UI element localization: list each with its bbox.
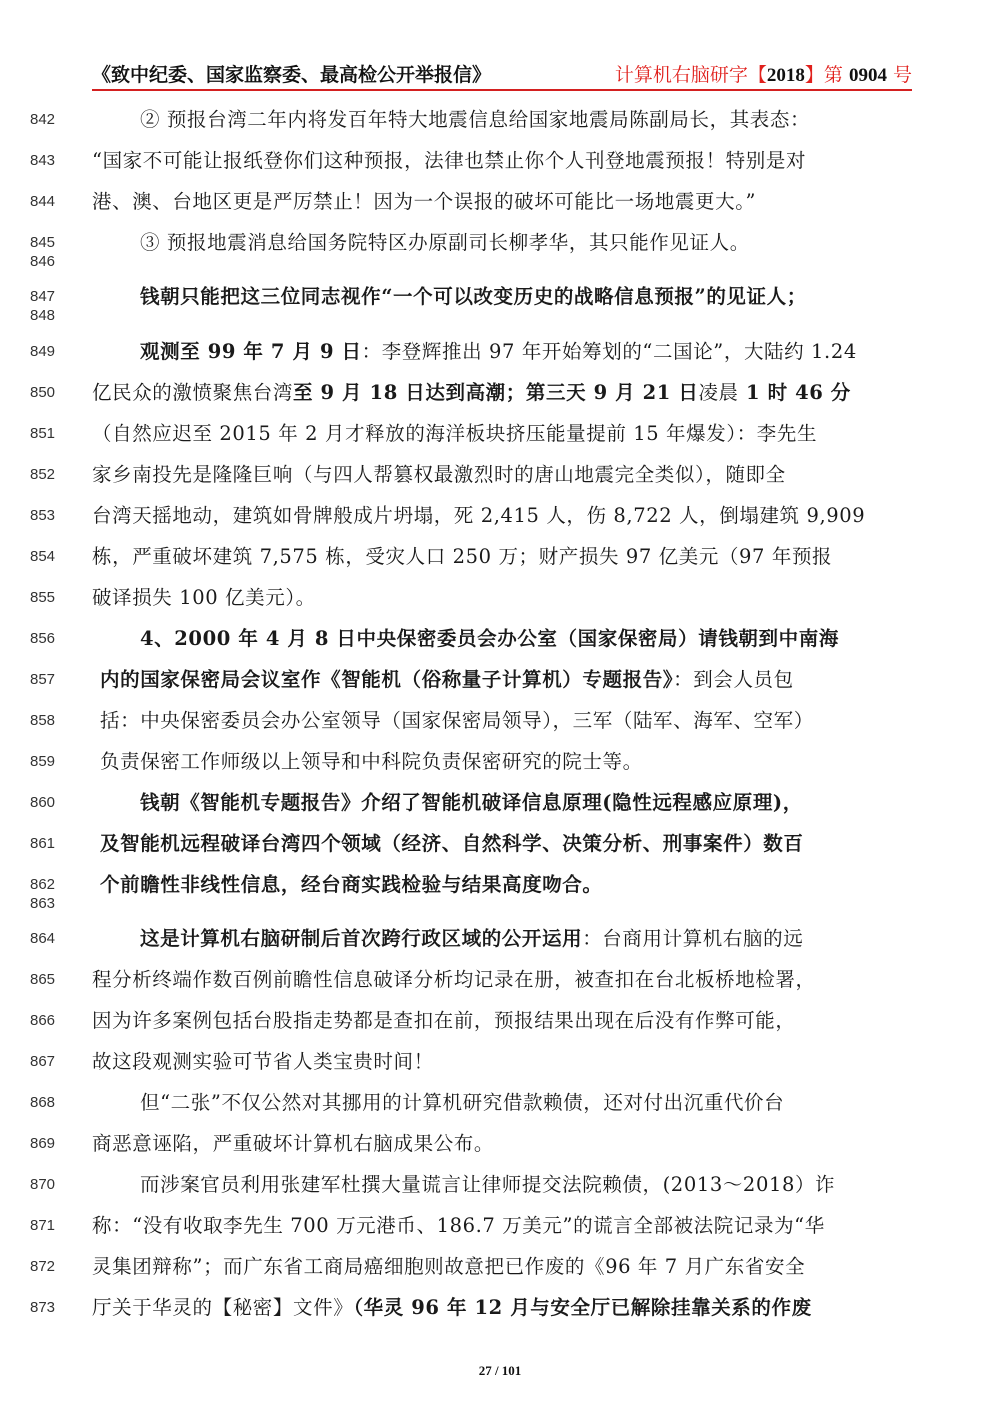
bold-text-segment: 内的国家保密局会议室作《智能机（俗称量子计算机）专题报告》 <box>100 668 673 691</box>
document-line: 862个前瞻性非线性信息，经台商实践检验与结果高度吻合。 <box>0 869 1000 899</box>
line-number: 854 <box>30 548 55 565</box>
reference-prefix: 计算机右脑研字 <box>615 64 748 86</box>
document-line: 850亿民众的激愤聚焦台湾至 9 月 18 日达到高潮；第三天 9 月 21 日… <box>0 377 1000 407</box>
document-line: 871称：“没有收取李先生 700 万元港币、186.7 万美元”的谎言全部被法… <box>0 1210 1000 1240</box>
line-number: 867 <box>30 1053 55 1070</box>
line-number: 849 <box>30 343 55 360</box>
document-line: 842② 预报台湾二年内将发百年特大地震信息给国家地震局陈副局长，其表态： <box>0 104 1000 134</box>
document-line: 845③ 预报地震消息给国务院特区办原副司长柳孝华，其只能作见证人。 <box>0 227 1000 257</box>
line-number: 868 <box>30 1094 55 1111</box>
document-line: 869商恶意诬陷，严重破坏计算机右脑成果公布。 <box>0 1128 1000 1158</box>
text-segment: “国家不可能让报纸登你们这种预报，法律也禁止你个人刊登地震预报！特别是对 <box>92 149 806 172</box>
bold-text-segment: 及智能机远程破译台湾四个领域（经济、自然科学、决策分析、刑事案件）数百 <box>100 832 804 855</box>
line-number: 843 <box>30 152 55 169</box>
bold-text-segment: 至 9 月 18 日达到高潮；第三天 9 月 21 日 <box>293 381 698 404</box>
page-header: 《致中纪委、国家监察委、最高检公开举报信》 计算机右脑研字【2018】第 090… <box>92 58 912 88</box>
line-number: 850 <box>30 384 55 401</box>
reference-number: 0904 <box>849 65 887 86</box>
line-number: 857 <box>30 671 55 688</box>
line-number: 862 <box>30 876 55 893</box>
line-text: 家乡南投先是隆隆巨响（与四人帮篡权最激烈时的唐山地震完全类似），随即全 <box>92 459 912 487</box>
line-text: 负责保密工作师级以上领导和中科院负责保密研究的院士等。 <box>100 746 920 774</box>
text-segment: 灵集团辩称”；而广东省工商局癌细胞则故意把已作废的《96 年 7 月广东省安全 <box>92 1255 805 1278</box>
text-segment: 凌晨 <box>698 381 738 404</box>
bold-text-segment: 钱朝只能把这三位同志视作“一个可以改变历史的战略信息预报”的见证人； <box>140 285 807 308</box>
line-text: 括：中央保密委员会办公室领导（国家保密局领导），三军（陆军、海军、空军） <box>100 705 920 733</box>
text-segment: 因为许多案例包括台股指走势都是查扣在前，预报结果出现在后没有作弊可能， <box>92 1009 796 1032</box>
line-text: 而涉案官员利用张建军杜撰大量谎言让律师提交法院赖债，(2013～2018）诈 <box>140 1169 912 1197</box>
document-line: 848 <box>0 309 1000 339</box>
document-line: 870而涉案官员利用张建军杜撰大量谎言让律师提交法院赖债，(2013～2018）… <box>0 1169 1000 1199</box>
line-text: 栋，严重破坏建筑 7,575 栋，受灾人口 250 万；财产损失 97 亿美元（… <box>92 541 912 569</box>
document-line: 860钱朝《智能机专题报告》介绍了智能机破译信息原理(隐性远程感应原理)， <box>0 787 1000 817</box>
page-number: 27 / 101 <box>0 1363 1000 1379</box>
line-number: 871 <box>30 1217 55 1234</box>
text-segment: 家乡南投先是隆隆巨响（与四人帮篡权最激烈时的唐山地震完全类似），随即全 <box>92 463 786 486</box>
line-number: 864 <box>30 930 55 947</box>
line-number: 866 <box>30 1012 55 1029</box>
reference-year: 2018 <box>767 65 805 86</box>
text-segment: 程分析终端作数百例前瞻性信息破译分析均记录在册，被查扣在台北板桥地检署， <box>92 968 816 991</box>
text-segment: ③ 预报地震消息给国务院特区办原副司长柳孝华，其只能作见证人。 <box>140 231 750 254</box>
line-text: 灵集团辩称”；而广东省工商局癌细胞则故意把已作废的《96 年 7 月广东省安全 <box>92 1251 912 1279</box>
line-number: 873 <box>30 1299 55 1316</box>
document-title: 《致中纪委、国家监察委、最高检公开举报信》 <box>92 60 491 87</box>
reference-di: 第 <box>824 64 843 86</box>
line-text: 内的国家保密局会议室作《智能机（俗称量子计算机）专题报告》：到会人员包 <box>100 664 920 692</box>
line-number: 870 <box>30 1176 55 1193</box>
line-text: 程分析终端作数百例前瞻性信息破译分析均记录在册，被查扣在台北板桥地检署， <box>92 964 912 992</box>
text-segment: 商恶意诬陷，严重破坏计算机右脑成果公布。 <box>92 1132 494 1155</box>
line-text: （自然应迟至 2015 年 2 月才释放的海洋板块挤压能量提前 15 年爆发）：… <box>92 418 912 446</box>
line-number: 848 <box>30 307 55 324</box>
bracket-close: 】 <box>805 64 824 86</box>
text-segment: 括：中央保密委员会办公室领导（国家保密局领导），三军（陆军、海军、空军） <box>100 709 814 732</box>
line-text: 钱朝只能把这三位同志视作“一个可以改变历史的战略信息预报”的见证人； <box>140 281 912 309</box>
bold-text-segment: 观测至 99 年 7 月 9 日 <box>140 340 362 363</box>
text-segment: 故这段观测实验可节省人类宝贵时间！ <box>92 1050 434 1073</box>
document-line: 844港、澳、台地区更是严厉禁止！因为一个误报的破坏可能比一场地震更大。” <box>0 186 1000 216</box>
document-reference: 计算机右脑研字【2018】第 0904 号 <box>615 60 912 87</box>
text-segment: 破译损失 100 亿美元）。 <box>92 586 316 609</box>
document-line: 852家乡南投先是隆隆巨响（与四人帮篡权最激烈时的唐山地震完全类似），随即全 <box>0 459 1000 489</box>
line-number: 852 <box>30 466 55 483</box>
document-line: 8564、2000 年 4 月 8 日中央保密委员会办公室（国家保密局）请钱朝到… <box>0 623 1000 653</box>
bold-text-segment: （华灵 96 年 12 月与安全厅已解除挂靠关系的作废 <box>353 1296 811 1319</box>
text-segment: ：李登辉推出 97 年开始筹划的“二国论”，大陆约 1.24 <box>362 340 857 363</box>
document-line: 859负责保密工作师级以上领导和中科院负责保密研究的院士等。 <box>0 746 1000 776</box>
line-text: 破译损失 100 亿美元）。 <box>92 582 912 610</box>
line-text: 观测至 99 年 7 月 9 日：李登辉推出 97 年开始筹划的“二国论”，大陆… <box>140 336 912 364</box>
bold-text-segment: 4、2000 年 4 月 8 日中央保密委员会办公室（国家保密局）请钱朝到中南海 <box>140 627 839 650</box>
line-number: 847 <box>30 288 55 305</box>
header-divider <box>92 89 912 91</box>
line-number: 865 <box>30 971 55 988</box>
document-line: 853台湾天摇地动，建筑如骨牌般成片坍塌，死 2,415 人，伤 8,722 人… <box>0 500 1000 530</box>
line-text: 商恶意诬陷，严重破坏计算机右脑成果公布。 <box>92 1128 912 1156</box>
line-text: 因为许多案例包括台股指走势都是查扣在前，预报结果出现在后没有作弊可能， <box>92 1005 912 1033</box>
line-text: 但“二张”不仅公然对其挪用的计算机研究借款赖债，还对付出沉重代价台 <box>140 1087 912 1115</box>
text-segment: （自然应迟至 2015 年 2 月才释放的海洋板块挤压能量提前 15 年爆发）：… <box>92 422 817 445</box>
bold-text-segment: 1 时 46 分 <box>739 381 851 404</box>
line-number: 844 <box>30 193 55 210</box>
text-segment: 栋，严重破坏建筑 7,575 栋，受灾人口 250 万；财产损失 97 亿美元（… <box>92 545 832 568</box>
document-line: 857内的国家保密局会议室作《智能机（俗称量子计算机）专题报告》：到会人员包 <box>0 664 1000 694</box>
text-segment: 而涉案官员利用张建军杜撰大量谎言让律师提交法院赖债，(2013～2018）诈 <box>140 1173 835 1196</box>
text-segment: 亿民众的激愤聚焦台湾 <box>92 381 293 404</box>
line-text: 钱朝《智能机专题报告》介绍了智能机破译信息原理(隐性远程感应原理)， <box>140 787 912 815</box>
line-text: 及智能机远程破译台湾四个领域（经济、自然科学、决策分析、刑事案件）数百 <box>100 828 920 856</box>
document-line: 868但“二张”不仅公然对其挪用的计算机研究借款赖债，还对付出沉重代价台 <box>0 1087 1000 1117</box>
document-line: 858括：中央保密委员会办公室领导（国家保密局领导），三军（陆军、海军、空军） <box>0 705 1000 735</box>
text-segment: ② 预报台湾二年内将发百年特大地震信息给国家地震局陈副局长，其表态： <box>140 108 810 131</box>
document-line: 843“国家不可能让报纸登你们这种预报，法律也禁止你个人刊登地震预报！特别是对 <box>0 145 1000 175</box>
text-segment: 但“二张”不仅公然对其挪用的计算机研究借款赖债，还对付出沉重代价台 <box>140 1091 784 1114</box>
document-line: 865程分析终端作数百例前瞻性信息破译分析均记录在册，被查扣在台北板桥地检署， <box>0 964 1000 994</box>
document-line: 866因为许多案例包括台股指走势都是查扣在前，预报结果出现在后没有作弊可能， <box>0 1005 1000 1035</box>
line-number: 845 <box>30 234 55 251</box>
line-number: 856 <box>30 630 55 647</box>
line-text: 台湾天摇地动，建筑如骨牌般成片坍塌，死 2,415 人，伤 8,722 人，倒塌… <box>92 500 912 528</box>
text-segment: ：台商用计算机右脑的远 <box>582 927 803 950</box>
line-number: 858 <box>30 712 55 729</box>
bold-text-segment: 钱朝《智能机专题报告》介绍了智能机破译信息原理(隐性远程感应原理)， <box>140 791 803 814</box>
line-number: 861 <box>30 835 55 852</box>
line-number: 853 <box>30 507 55 524</box>
line-text: 亿民众的激愤聚焦台湾至 9 月 18 日达到高潮；第三天 9 月 21 日凌晨 … <box>92 377 912 405</box>
line-number: 859 <box>30 753 55 770</box>
document-line: 861及智能机远程破译台湾四个领域（经济、自然科学、决策分析、刑事案件）数百 <box>0 828 1000 858</box>
document-line: 847钱朝只能把这三位同志视作“一个可以改变历史的战略信息预报”的见证人； <box>0 281 1000 311</box>
text-segment: 台湾天摇地动，建筑如骨牌般成片坍塌，死 2,415 人，伤 8,722 人，倒塌… <box>92 504 865 527</box>
line-number: 863 <box>30 895 55 912</box>
line-text: ③ 预报地震消息给国务院特区办原副司长柳孝华，其只能作见证人。 <box>140 227 912 255</box>
line-text: 个前瞻性非线性信息，经台商实践检验与结果高度吻合。 <box>100 869 920 897</box>
line-number: 860 <box>30 794 55 811</box>
line-text: 故这段观测实验可节省人类宝贵时间！ <box>92 1046 912 1074</box>
document-line: 854栋，严重破坏建筑 7,575 栋，受灾人口 250 万；财产损失 97 亿… <box>0 541 1000 571</box>
bracket-open: 【 <box>748 64 767 86</box>
line-number: 842 <box>30 111 55 128</box>
text-segment: 厅关于华灵的【秘密】文件》 <box>92 1296 353 1319</box>
line-text: “国家不可能让报纸登你们这种预报，法律也禁止你个人刊登地震预报！特别是对 <box>92 145 912 173</box>
line-text: 厅关于华灵的【秘密】文件》（华灵 96 年 12 月与安全厅已解除挂靠关系的作废 <box>92 1292 912 1320</box>
line-number: 855 <box>30 589 55 606</box>
line-text: 4、2000 年 4 月 8 日中央保密委员会办公室（国家保密局）请钱朝到中南海 <box>140 623 912 651</box>
document-line: 867故这段观测实验可节省人类宝贵时间！ <box>0 1046 1000 1076</box>
document-line: 873厅关于华灵的【秘密】文件》（华灵 96 年 12 月与安全厅已解除挂靠关系… <box>0 1292 1000 1322</box>
document-line: 872灵集团辩称”；而广东省工商局癌细胞则故意把已作废的《96 年 7 月广东省… <box>0 1251 1000 1281</box>
document-line: 864这是计算机右脑研制后首次跨行政区域的公开运用：台商用计算机右脑的远 <box>0 923 1000 953</box>
text-segment: 负责保密工作师级以上领导和中科院负责保密研究的院士等。 <box>100 750 643 773</box>
line-text: ② 预报台湾二年内将发百年特大地震信息给国家地震局陈副局长，其表态： <box>140 104 912 132</box>
document-line: 849观测至 99 年 7 月 9 日：李登辉推出 97 年开始筹划的“二国论”… <box>0 336 1000 366</box>
bold-text-segment: 这是计算机右脑研制后首次跨行政区域的公开运用 <box>140 927 582 950</box>
line-text: 港、澳、台地区更是严厉禁止！因为一个误报的破坏可能比一场地震更大。” <box>92 186 912 214</box>
line-number: 872 <box>30 1258 55 1275</box>
bold-text-segment: 个前瞻性非线性信息，经台商实践检验与结果高度吻合。 <box>100 873 603 896</box>
line-number: 846 <box>30 253 55 270</box>
line-number: 851 <box>30 425 55 442</box>
line-number: 869 <box>30 1135 55 1152</box>
line-text: 这是计算机右脑研制后首次跨行政区域的公开运用：台商用计算机右脑的远 <box>140 923 912 951</box>
text-segment: ：到会人员包 <box>673 668 794 691</box>
document-line: 851（自然应迟至 2015 年 2 月才释放的海洋板块挤压能量提前 15 年爆… <box>0 418 1000 448</box>
text-segment: 称：“没有收取李先生 700 万元港币、186.7 万美元”的谎言全部被法院记录… <box>92 1214 825 1237</box>
reference-hao: 号 <box>893 64 912 86</box>
line-text: 称：“没有收取李先生 700 万元港币、186.7 万美元”的谎言全部被法院记录… <box>92 1210 912 1238</box>
text-segment: 港、澳、台地区更是严厉禁止！因为一个误报的破坏可能比一场地震更大。” <box>92 190 756 213</box>
document-line: 855破译损失 100 亿美元）。 <box>0 582 1000 612</box>
